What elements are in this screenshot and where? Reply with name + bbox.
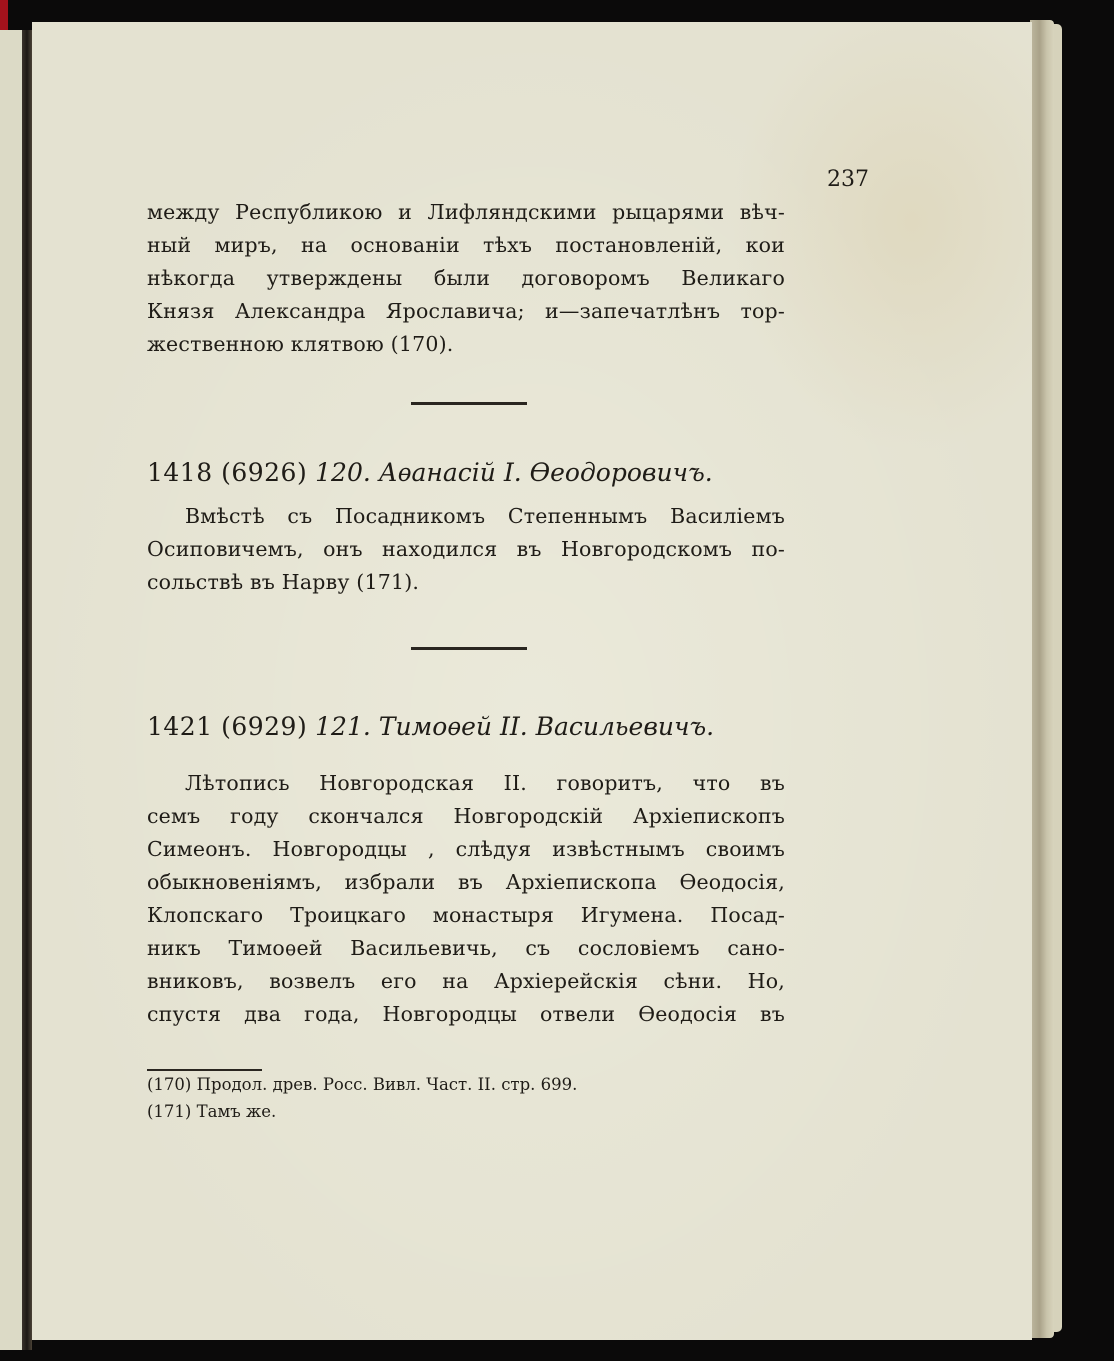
text-line: жественною клятвою (170).	[147, 328, 785, 361]
footnote: (170) Продол. древ. Росс. Вивл. Част. II…	[147, 1075, 577, 1094]
section-divider	[411, 647, 527, 650]
text-line: семъ году скончался Новгородскiй Архiепи…	[147, 800, 785, 833]
heading-year: 1418 (6926)	[147, 458, 307, 487]
section-paragraph: Вмѣстѣ съ Посадникомъ Степеннымъ Василiе…	[147, 500, 785, 599]
section-heading: 1418 (6926) 120. Аѳанасiй I. Ѳеодоровичъ…	[147, 458, 787, 487]
book-page: 237 между Республикою и Лифляндскими рыц…	[32, 22, 1032, 1340]
text-line: никъ Тимоѳей Васильевичь, съ сословiемъ …	[147, 932, 785, 965]
left-page-edge	[0, 30, 22, 1350]
page-edges	[1030, 20, 1054, 1338]
section-divider	[411, 402, 527, 405]
text-line: между Республикою и Лифляндскими рыцарям…	[147, 196, 785, 229]
text-line: спустя два года, Новгородцы отвели Ѳеодо…	[147, 998, 785, 1031]
text-line: Симеонъ. Новгородцы , слѣдуя извѣстнымъ …	[147, 833, 785, 866]
section-heading: 1421 (6929) 121. Тимоѳей II. Васильевичъ…	[147, 712, 787, 741]
heading-title: 121. Тимоѳей II. Васильевичъ.	[315, 712, 714, 741]
text-line: вниковъ, возвелъ его на Архiерейскiя сѣн…	[147, 965, 785, 998]
book-gutter	[22, 30, 32, 1350]
text-line: обыкновенiямъ, избрали въ Архiепископа Ѳ…	[147, 866, 785, 899]
text-line: ный миръ, на основанiи тѣхъ постановленi…	[147, 229, 785, 262]
continued-paragraph: между Республикою и Лифляндскими рыцарям…	[147, 196, 785, 361]
heading-year: 1421 (6929)	[147, 712, 307, 741]
text-line: нѣкогда утверждены были договоромъ Велик…	[147, 262, 785, 295]
page-number: 237	[827, 167, 869, 192]
text-line: Вмѣстѣ съ Посадникомъ Степеннымъ Василiе…	[147, 500, 785, 533]
text-line: Клопскаго Троицкаго монастыря Игумена. П…	[147, 899, 785, 932]
text-line: Князя Александра Ярославича; и—запечатлѣ…	[147, 295, 785, 328]
book-scan: 237 между Республикою и Лифляндскими рыц…	[0, 0, 1114, 1361]
text-line: Осиповичемъ, онъ находился въ Новгородск…	[147, 533, 785, 566]
heading-title: 120. Аѳанасiй I. Ѳеодоровичъ.	[315, 458, 713, 487]
footnote-rule	[147, 1069, 262, 1071]
text-line: Лѣтопись Новгородская II. говоритъ, что …	[147, 767, 785, 800]
text-line: сольствѣ въ Нарву (171).	[147, 566, 785, 599]
section-paragraph: Лѣтопись Новгородская II. говоритъ, что …	[147, 767, 785, 1031]
footnote: (171) Тамъ же.	[147, 1102, 276, 1121]
